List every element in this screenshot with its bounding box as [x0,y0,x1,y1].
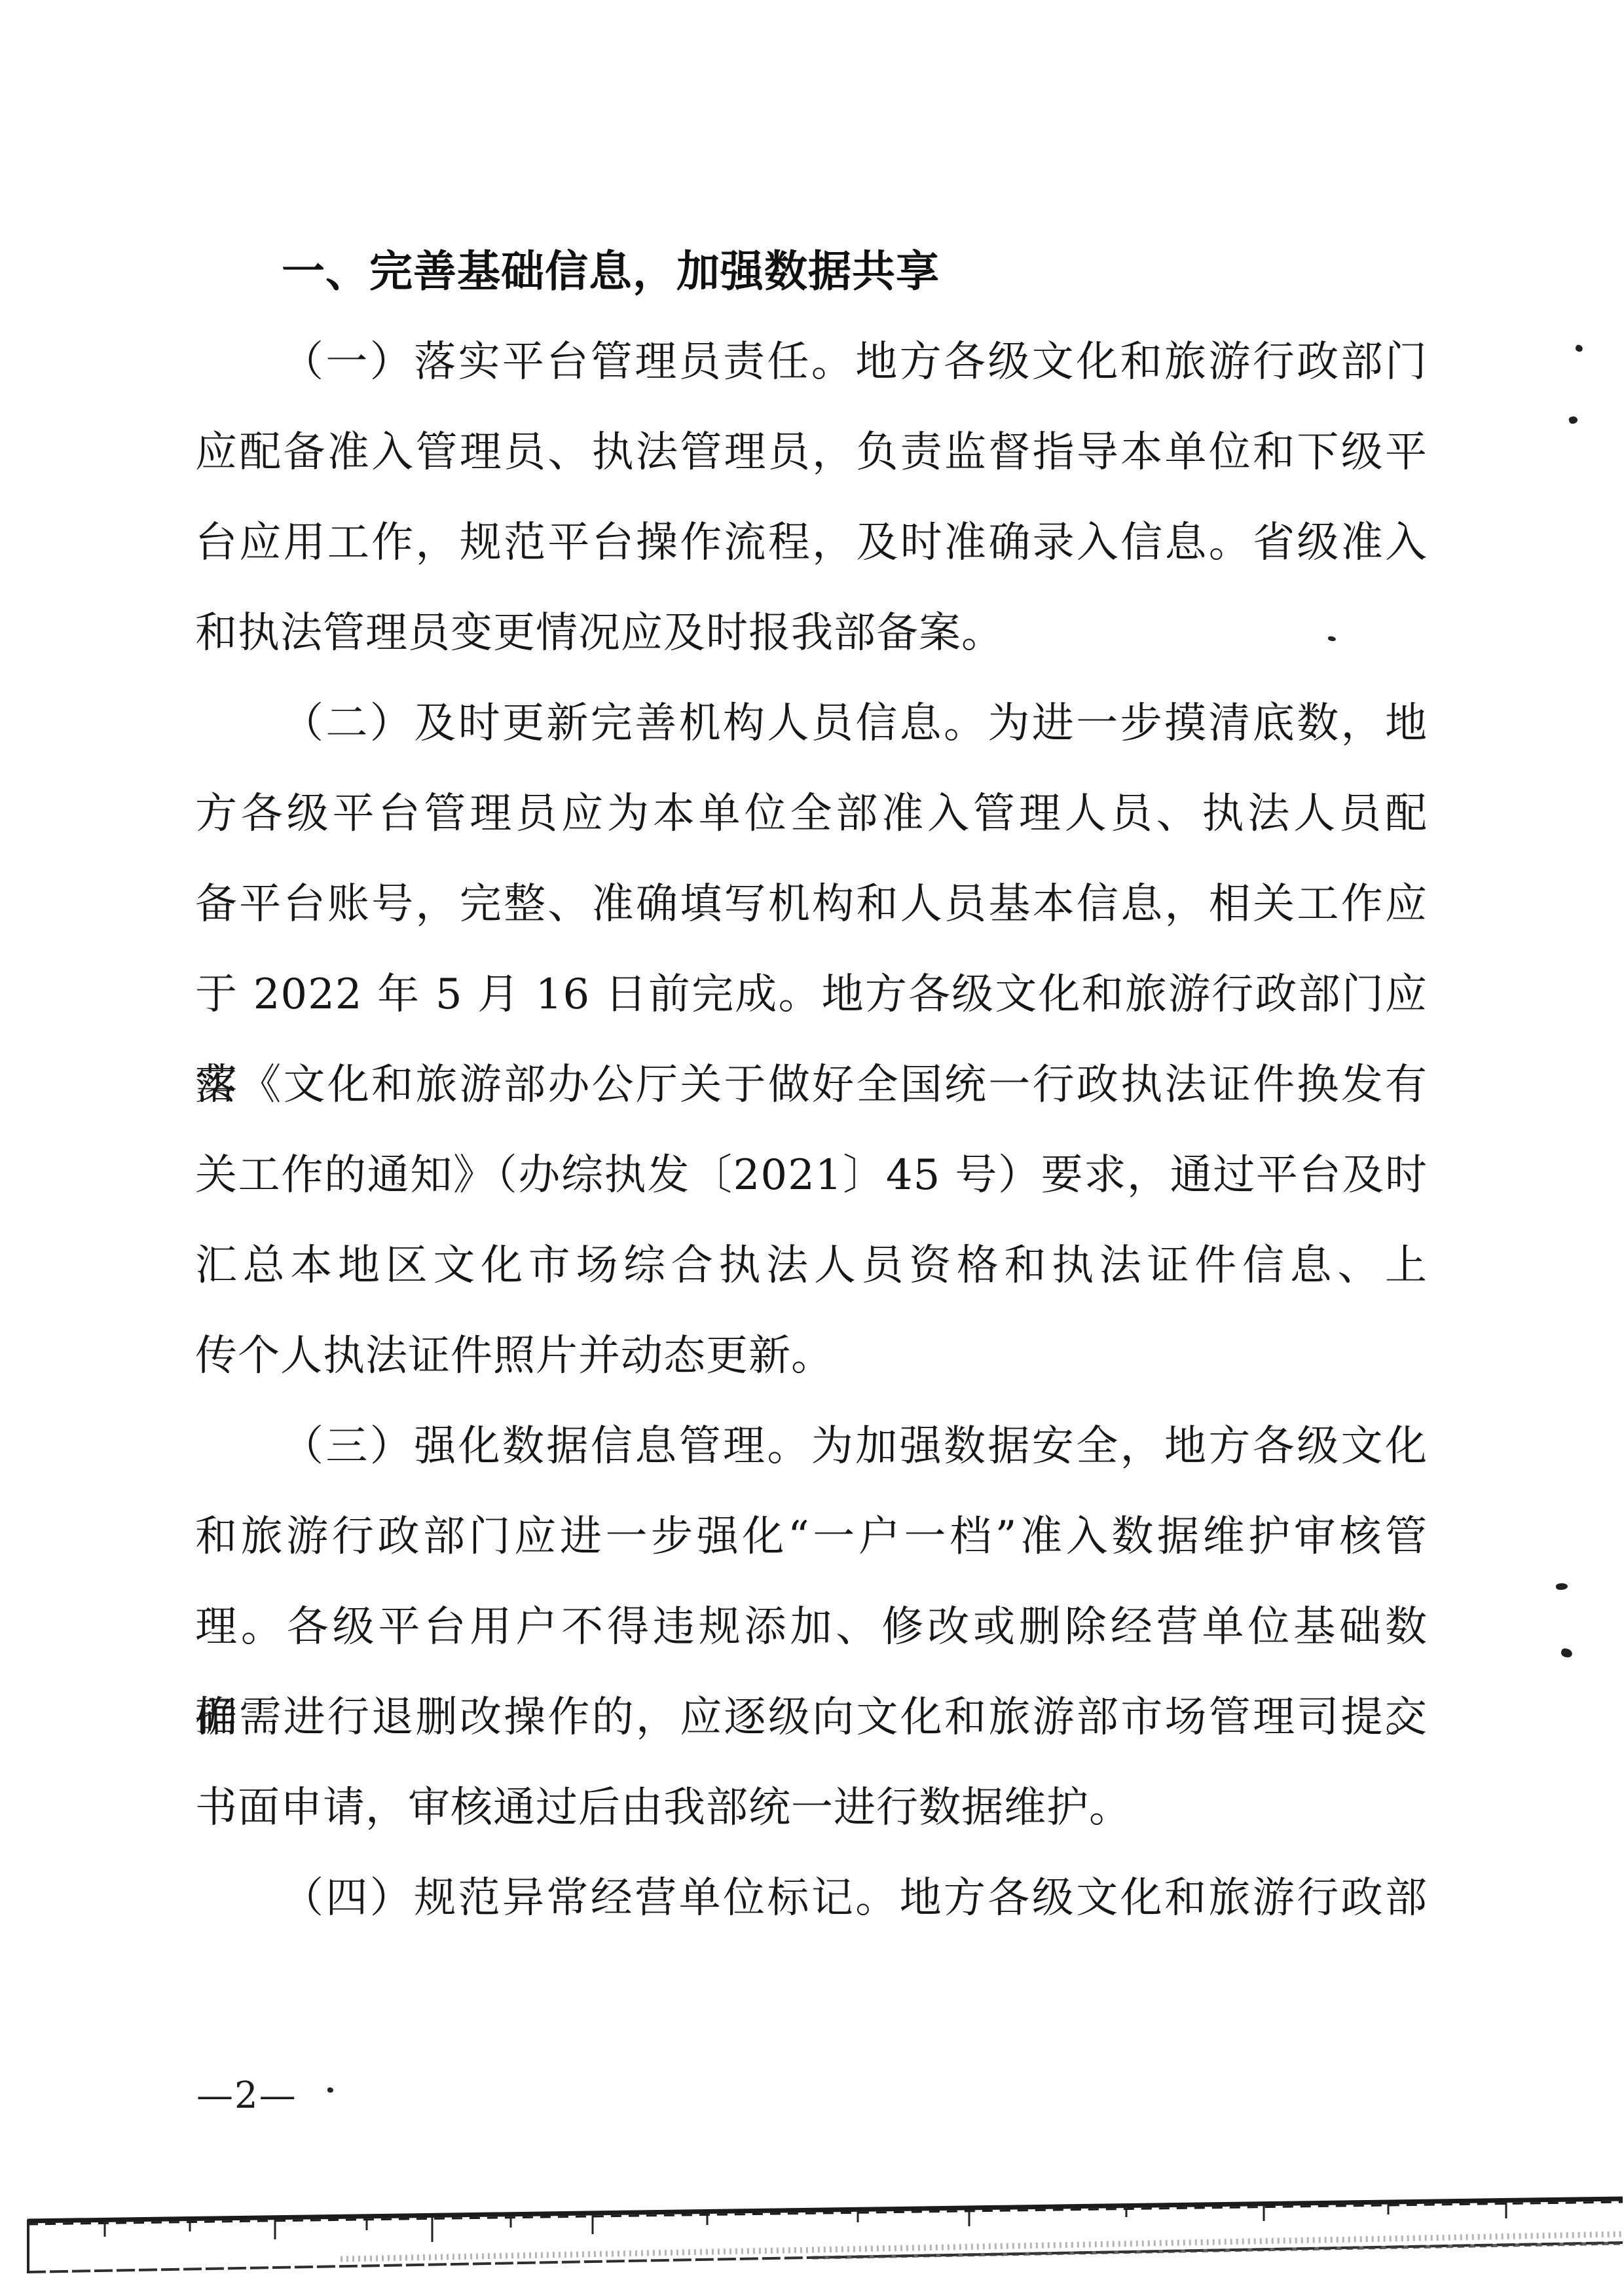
text-line: 和执法管理员变更情况应及时报我部备案。 [195,588,1428,678]
text-line: 方各级平台管理员应为本单位全部准入管理人员、执法人员配 [195,769,1428,859]
text-line: 台应用工作，规范平台操作流程，及时准确录入信息。省级准入 [195,498,1428,588]
text-line: 确需进行退删改操作的，应逐级向文化和旅游部市场管理司提交 [195,1672,1428,1763]
ink-speck [1568,416,1578,425]
text-line: 理。各级平台用户不得违规添加、修改或删除经营单位基础数据。 [195,1582,1428,1672]
scan-artifact [0,2179,1624,2295]
ink-speck [1560,1647,1573,1658]
text-line: 汇总本地区文化市场综合执法人员资格和执法证件信息、上 [195,1221,1428,1311]
text-line: （二）及时更新完善机构人员信息。为进一步摸清底数，地 [195,678,1428,769]
section-heading: 一、完善基础信息，加强数据共享 [195,227,1428,317]
text-line: 实《文化和旅游部办公厅关于做好全国统一行政执法证件换发有 [195,1040,1428,1130]
document-body: 一、完善基础信息，加强数据共享 （一）落实平台管理员责任。地方各级文化和旅游行政… [195,227,1428,1943]
text-line: 关工作的通知》（办综执发〔2021〕45 号）要求，通过平台及时 [195,1130,1428,1221]
text-line: 传个人执法证件照片并动态更新。 [195,1311,1428,1401]
ink-speck [1556,1583,1568,1590]
ink-speck [1575,344,1584,352]
text-line: 和旅游行政部门应进一步强化“一户一档”准入数据维护审核管 [195,1492,1428,1582]
text-line: 应配备准入管理员、执法管理员，负责监督指导本单位和下级平 [195,407,1428,498]
page-number: —2— [196,2074,297,2117]
scanned-document-page: 一、完善基础信息，加强数据共享 （一）落实平台管理员责任。地方各级文化和旅游行政… [0,0,1624,2295]
text-line: （四）规范异常经营单位标记。地方各级文化和旅游行政部 [195,1853,1428,1943]
text-line: 书面申请，审核通过后由我部统一进行数据维护。 [195,1763,1428,1853]
text-line: 于 2022 年 5 月 16 日前完成。地方各级文化和旅游行政部门应落 [195,949,1428,1040]
text-line: （三）强化数据信息管理。为加强数据安全，地方各级文化 [195,1401,1428,1492]
text-line: 备平台账号，完整、准确填写机构和人员基本信息，相关工作应 [195,859,1428,949]
ink-speck [327,2087,333,2093]
text-line: （一）落实平台管理员责任。地方各级文化和旅游行政部门 [195,317,1428,407]
